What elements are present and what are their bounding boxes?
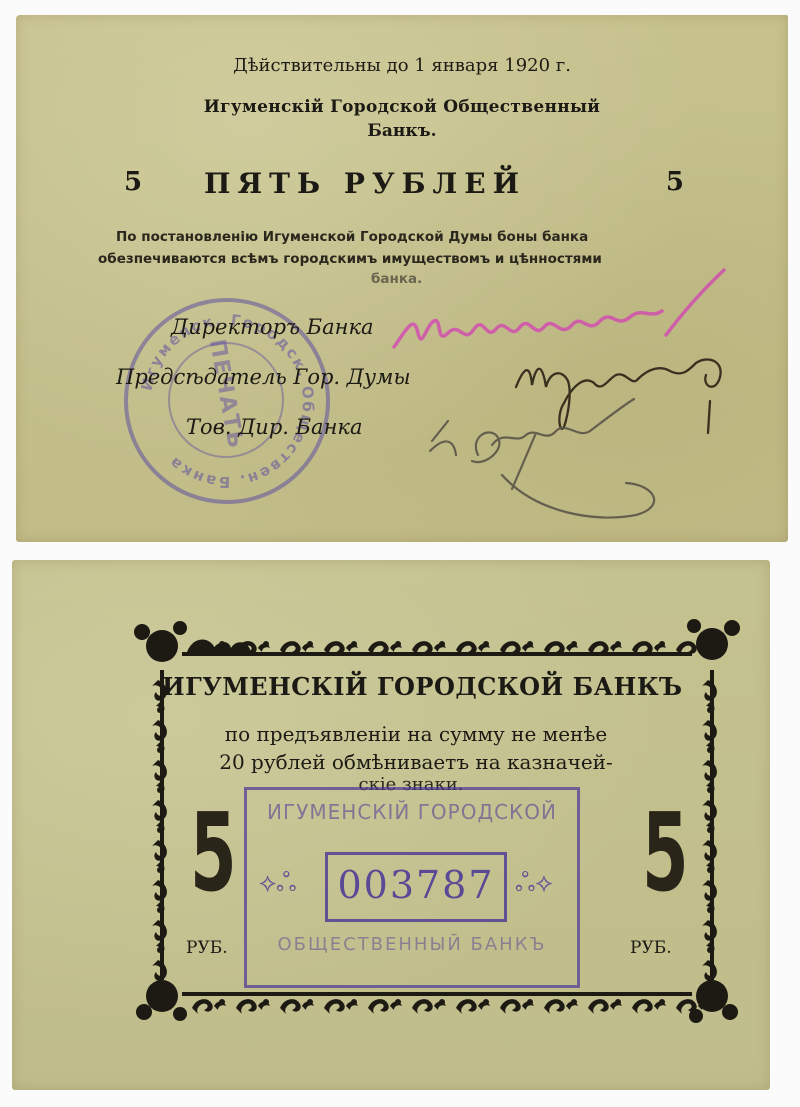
flourish-right-icon: ஃ⟡ [515, 868, 553, 901]
denomination-numeral-right: 5 [666, 167, 684, 197]
denomination-numeral-left: 5 [124, 167, 142, 197]
currency-label-left: РУБ. [186, 938, 228, 958]
validity-text: Дѣйствительны до 1 января 1920 г. [16, 55, 788, 76]
banknote-front: Игуменск. Городск. Обществен. Банка ПЕЧА… [16, 15, 788, 542]
serial-number-box: 003787 [325, 852, 507, 922]
director-signature [394, 270, 724, 347]
decree-line3: банка. [371, 271, 422, 287]
decree-line1: По постановленiю Игуменской Городской Ду… [116, 229, 588, 245]
large-denomination-right: 5 [642, 800, 689, 908]
currency-label-right: РУБ. [630, 938, 672, 958]
back-bank-title: ИГУМЕНСКIЙ ГОРОДСКОЙ БАНКЪ [162, 672, 683, 701]
exchange-terms-line2: 20 рублей обмѣниваетъ на казначей- [12, 750, 770, 774]
stamp-top-text: ИГУМЕНСКIЙ ГОРОДСКОЙ [247, 800, 577, 824]
chairman-label: Предсѣдатель Гор. Думы [116, 365, 411, 389]
banknote-back: ИГУМЕНСКIЙ ГОРОДСКОЙ БАНКЪ по предъявлен… [12, 560, 770, 1090]
deputy-director-label: Тов. Дир. Банка [186, 415, 362, 439]
serial-number-stamp: ИГУМЕНСКIЙ ГОРОДСКОЙ ⟡ஃ 003787 ஃ⟡ ОБЩЕСТ… [244, 787, 580, 988]
denomination-words: ПЯТЬ РУБЛЕЙ [204, 167, 526, 200]
bank-name-line1: Игуменскiй Городской Общественный [16, 97, 788, 117]
exchange-terms-line1: по предъявленiи на сумму не менѣе [12, 722, 770, 746]
stamp-bottom-text: ОБЩЕСТВЕННЫЙ БАНКЪ [247, 934, 577, 955]
flourish-left-icon: ⟡ஃ [259, 868, 297, 901]
deputy-director-signature [430, 399, 654, 518]
decree-line2: обезпечиваются всѣмъ городскимъ имуществ… [98, 251, 602, 267]
director-label: Директоръ Банка [171, 315, 374, 339]
chairman-signature [516, 359, 721, 433]
bank-name-line2: Банкъ. [16, 121, 788, 141]
serial-number: 003787 [328, 863, 504, 907]
large-denomination-left: 5 [190, 800, 237, 908]
seal-inner-circle: ПЕЧАТЬ [168, 342, 284, 458]
